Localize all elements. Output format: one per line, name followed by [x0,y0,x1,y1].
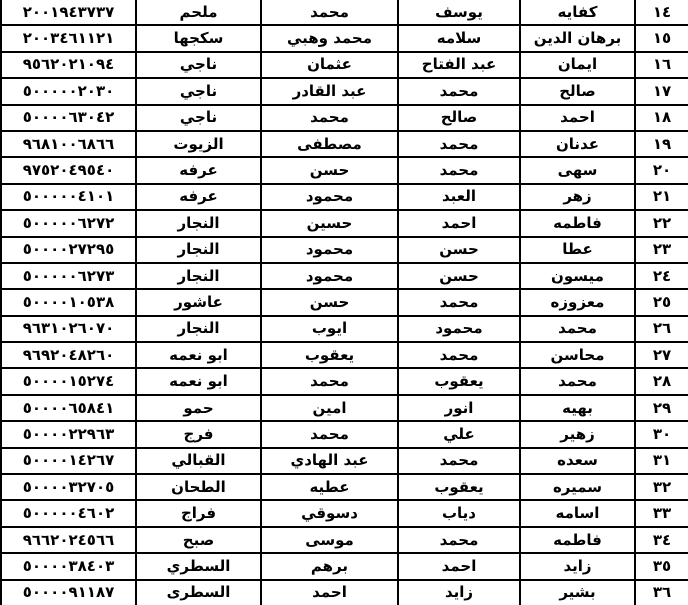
cell-row-number: ١٥ [635,25,688,51]
table-row: ١٦ايمانعبد الفتاحعثمانناجي٩٥٦٢٠٢١٠٩٤ [1,52,688,78]
cell-first-name: معزوزه [520,289,635,315]
cell-family-name: فراج [136,500,261,526]
table-row: ٢٥معزوزهمحمدحسنعاشور٥٠٠٠٠١٠٥٣٨ [1,289,688,315]
table-row: ٣١سعدهمحمدعبد الهاديالقبالي٥٠٠٠٠١٤٢٦٧ [1,448,688,474]
cell-row-number: ٣٤ [635,527,688,553]
table-row: ٣٦بشيرزايداحمدالسطرى٥٠٠٠٠٩١١٨٧ [1,580,688,605]
cell-first-name: محاسن [520,342,635,368]
cell-first-name: سعده [520,448,635,474]
cell-id-number: ٩٦٨١٠٠٦٨٦٦ [1,131,136,157]
cell-first-name: فاطمه [520,527,635,553]
cell-id-number: ٥٠٠٠٠٠٤١٠١ [1,184,136,210]
cell-father-name: يعقوب [398,368,520,394]
table-row: ١٩عدنانمحمدمصطفىالزيوت٩٦٨١٠٠٦٨٦٦ [1,131,688,157]
cell-row-number: ١٦ [635,52,688,78]
cell-row-number: ٢٤ [635,263,688,289]
cell-family-name: ملحم [136,0,261,25]
cell-first-name: سهى [520,157,635,183]
cell-grandfather-name: حسن [261,289,398,315]
cell-id-number: ٥٠٠٠٠٦٥٨٤١ [1,395,136,421]
roster-body: ١٤كفايهيوسفمحمدملحم٢٠٠١٩٤٣٧٣٧١٥برهان الد… [1,0,688,605]
cell-grandfather-name: موسى [261,527,398,553]
cell-father-name: محمد [398,78,520,104]
cell-family-name: النجار [136,237,261,263]
cell-first-name: عدنان [520,131,635,157]
document-page: ١٤كفايهيوسفمحمدملحم٢٠٠١٩٤٣٧٣٧١٥برهان الد… [0,0,688,605]
cell-first-name: زهر [520,184,635,210]
cell-family-name: النجار [136,210,261,236]
cell-grandfather-name: عبد الهادي [261,448,398,474]
cell-grandfather-name: يعقوب [261,342,398,368]
cell-father-name: سلامه [398,25,520,51]
roster-table: ١٤كفايهيوسفمحمدملحم٢٠٠١٩٤٣٧٣٧١٥برهان الد… [0,0,688,605]
cell-father-name: العبد [398,184,520,210]
cell-family-name: الزيوت [136,131,261,157]
cell-id-number: ٥٠٠٠٠١٤٢٦٧ [1,448,136,474]
cell-family-name: ابو نعمه [136,368,261,394]
cell-father-name: احمد [398,553,520,579]
cell-father-name: عبد الفتاح [398,52,520,78]
cell-grandfather-name: محمد وهبي [261,25,398,51]
table-row: ٢٧محاسنمحمديعقوبابو نعمه٩٦٩٢٠٤٨٢٦٠ [1,342,688,368]
table-row: ١٥برهان الدينسلامهمحمد وهبيسكجها٢٠٠٣٤٦١١… [1,25,688,51]
table-row: ٢٣عطاحسنمحمودالنجار٥٠٠٠٠٢٧٢٩٥ [1,237,688,263]
cell-family-name: حمو [136,395,261,421]
table-row: ١٤كفايهيوسفمحمدملحم٢٠٠١٩٤٣٧٣٧ [1,0,688,25]
cell-id-number: ٥٠٠٠٠٠٤٦٠٢ [1,500,136,526]
cell-grandfather-name: برهم [261,553,398,579]
cell-family-name: الطحان [136,474,261,500]
cell-father-name: محمد [398,131,520,157]
cell-first-name: محمد [520,368,635,394]
cell-id-number: ٩٦٩٢٠٤٨٢٦٠ [1,342,136,368]
table-row: ٢٤ميسونحسنمحمودالنجار٥٠٠٠٠٠٦٢٧٣ [1,263,688,289]
cell-grandfather-name: محمود [261,237,398,263]
cell-row-number: ٢١ [635,184,688,210]
cell-id-number: ٩٥٦٢٠٢١٠٩٤ [1,52,136,78]
cell-row-number: ٢٨ [635,368,688,394]
cell-id-number: ٩٧٥٢٠٤٩٥٤٠ [1,157,136,183]
cell-row-number: ٣٣ [635,500,688,526]
cell-grandfather-name: امين [261,395,398,421]
cell-father-name: زايد [398,580,520,605]
table-row: ٢٨محمديعقوبمحمدابو نعمه٥٠٠٠٠١٥٢٧٤ [1,368,688,394]
cell-grandfather-name: حسن [261,157,398,183]
cell-first-name: بهيه [520,395,635,421]
cell-grandfather-name: عطيه [261,474,398,500]
cell-father-name: محمد [398,289,520,315]
cell-grandfather-name: محمود [261,263,398,289]
cell-father-name: احمد [398,210,520,236]
cell-grandfather-name: محمد [261,368,398,394]
cell-grandfather-name: عبد القادر [261,78,398,104]
cell-family-name: السطرى [136,580,261,605]
cell-id-number: ٥٠٠٠٠٠٦٢٧٣ [1,263,136,289]
cell-family-name: ابو نعمه [136,342,261,368]
cell-father-name: محمود [398,316,520,342]
table-row: ١٨احمدصالحمحمدناجي٥٠٠٠٠٦٣٠٤٢ [1,105,688,131]
cell-row-number: ٣٥ [635,553,688,579]
cell-grandfather-name: عثمان [261,52,398,78]
cell-first-name: كفايه [520,0,635,25]
cell-father-name: محمد [398,157,520,183]
table-row: ٣٤فاطمهمحمدموسىصبح٩٦٦٢٠٢٤٥٦٦ [1,527,688,553]
cell-row-number: ٢٣ [635,237,688,263]
cell-family-name: النجار [136,263,261,289]
cell-id-number: ٥٠٠٠٠٩١١٨٧ [1,580,136,605]
cell-row-number: ١٤ [635,0,688,25]
table-row: ٢١زهرالعبدمحمودعرفه٥٠٠٠٠٠٤١٠١ [1,184,688,210]
cell-id-number: ٥٠٠٠٠٢٧٢٩٥ [1,237,136,263]
cell-row-number: ١٨ [635,105,688,131]
cell-id-number: ٥٠٠٠٠١٠٥٣٨ [1,289,136,315]
cell-id-number: ٥٠٠٠٠٣٨٤٠٣ [1,553,136,579]
cell-father-name: حسن [398,237,520,263]
table-row: ٣٢سميرهيعقوبعطيهالطحان٥٠٠٠٠٣٢٧٠٥ [1,474,688,500]
cell-grandfather-name: محمد [261,105,398,131]
cell-id-number: ٢٠٠٣٤٦١١٢١ [1,25,136,51]
cell-id-number: ٥٠٠٠٠٣٢٧٠٥ [1,474,136,500]
cell-father-name: محمد [398,342,520,368]
cell-first-name: محمد [520,316,635,342]
cell-row-number: ٣٠ [635,421,688,447]
cell-father-name: انور [398,395,520,421]
cell-id-number: ٢٠٠١٩٤٣٧٣٧ [1,0,136,25]
cell-id-number: ٥٠٠٠٠٦٣٠٤٢ [1,105,136,131]
cell-father-name: محمد [398,448,520,474]
cell-first-name: اسامه [520,500,635,526]
cell-first-name: برهان الدين [520,25,635,51]
cell-family-name: ناجي [136,78,261,104]
cell-first-name: صالح [520,78,635,104]
cell-grandfather-name: احمد [261,580,398,605]
cell-row-number: ١٩ [635,131,688,157]
table-row: ٢٠سهىمحمدحسنعرفه٩٧٥٢٠٤٩٥٤٠ [1,157,688,183]
cell-row-number: ٣١ [635,448,688,474]
cell-first-name: ميسون [520,263,635,289]
cell-id-number: ٥٠٠٠٠٠٢٠٣٠ [1,78,136,104]
cell-row-number: ٢٢ [635,210,688,236]
table-row: ٣٥زايداحمدبرهمالسطري٥٠٠٠٠٣٨٤٠٣ [1,553,688,579]
cell-grandfather-name: محمد [261,0,398,25]
table-row: ٢٦محمدمحمودايوبالنجار٩٦٣١٠٢٦٠٧٠ [1,316,688,342]
cell-family-name: عرفه [136,157,261,183]
cell-father-name: علي [398,421,520,447]
cell-first-name: زهير [520,421,635,447]
cell-id-number: ٥٠٠٠٠١٥٢٧٤ [1,368,136,394]
cell-first-name: زايد [520,553,635,579]
cell-row-number: ٢٧ [635,342,688,368]
table-row: ٢٩بهيهانورامينحمو٥٠٠٠٠٦٥٨٤١ [1,395,688,421]
cell-family-name: ناجي [136,105,261,131]
cell-father-name: يعقوب [398,474,520,500]
cell-first-name: احمد [520,105,635,131]
cell-family-name: النجار [136,316,261,342]
cell-id-number: ٩٦٦٢٠٢٤٥٦٦ [1,527,136,553]
cell-grandfather-name: محمود [261,184,398,210]
cell-family-name: السطري [136,553,261,579]
cell-grandfather-name: دسوقي [261,500,398,526]
cell-id-number: ٥٠٠٠٠٠٦٢٧٢ [1,210,136,236]
table-row: ٣٠زهيرعليمحمدفرج٥٠٠٠٠٢٢٩٦٣ [1,421,688,447]
cell-family-name: ناجي [136,52,261,78]
cell-father-name: حسن [398,263,520,289]
cell-id-number: ٥٠٠٠٠٢٢٩٦٣ [1,421,136,447]
cell-father-name: صالح [398,105,520,131]
cell-family-name: عاشور [136,289,261,315]
cell-family-name: القبالي [136,448,261,474]
cell-grandfather-name: ايوب [261,316,398,342]
cell-row-number: ٢٠ [635,157,688,183]
cell-father-name: محمد [398,527,520,553]
cell-first-name: فاطمه [520,210,635,236]
cell-father-name: يوسف [398,0,520,25]
cell-row-number: ٢٩ [635,395,688,421]
cell-id-number: ٩٦٣١٠٢٦٠٧٠ [1,316,136,342]
table-row: ١٧صالحمحمدعبد القادرناجي٥٠٠٠٠٠٢٠٣٠ [1,78,688,104]
cell-grandfather-name: حسين [261,210,398,236]
table-row: ٣٣اسامهديابدسوقيفراج٥٠٠٠٠٠٤٦٠٢ [1,500,688,526]
cell-row-number: ٣٢ [635,474,688,500]
cell-row-number: ٢٦ [635,316,688,342]
cell-family-name: عرفه [136,184,261,210]
cell-father-name: دياب [398,500,520,526]
cell-grandfather-name: مصطفى [261,131,398,157]
cell-first-name: ايمان [520,52,635,78]
cell-family-name: فرج [136,421,261,447]
cell-first-name: عطا [520,237,635,263]
cell-family-name: سكجها [136,25,261,51]
cell-row-number: ٢٥ [635,289,688,315]
cell-grandfather-name: محمد [261,421,398,447]
cell-first-name: بشير [520,580,635,605]
cell-row-number: ٣٦ [635,580,688,605]
table-row: ٢٢فاطمهاحمدحسينالنجار٥٠٠٠٠٠٦٢٧٢ [1,210,688,236]
cell-first-name: سميره [520,474,635,500]
cell-family-name: صبح [136,527,261,553]
cell-row-number: ١٧ [635,78,688,104]
